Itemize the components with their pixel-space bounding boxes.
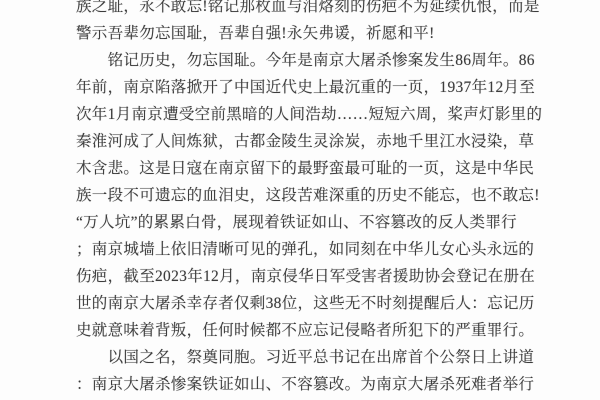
text-line: 次年1月南京遭受空前黑暗的人间浩劫……短短六周，桨声灯影里的	[76, 101, 546, 128]
text-line: 世的南京大屠杀幸存者仅剩38位，这些无不时刻提醒后人：忘记历	[76, 290, 546, 317]
text-line: 史就意味着背叛，任何时候都不应忘记侵略者所犯下的严重罪行。	[76, 317, 546, 344]
text-line: 秦淮河成了人间炼狱，古都金陵生灵涂炭，赤地千里江水浸染，草	[76, 128, 546, 155]
text-line: 警示吾辈勿忘国耻，吾辈自强!永矢弗谖，祈愿和平!	[76, 20, 546, 47]
text-line: ：南京大屠杀惨案铁证如山、不容篡改。为南京大屠杀死难者举行	[76, 371, 546, 398]
text-line: 木含悲。这是日寇在南京留下的最野蛮最可耻的一页，这是中华民	[76, 155, 546, 182]
text-line: 以国之名，祭奠同胞。习近平总书记在出席首个公祭日上讲道	[76, 344, 546, 371]
text-line: ；南京城墙上依旧清晰可见的弹孔，如同刻在中华儿女心头永远的	[76, 236, 546, 263]
text-line: 年前，南京陷落掀开了中国近代史上最沉重的一页，1937年12月至	[76, 74, 546, 101]
text-line: 族一段不可遗忘的血泪史，这段苦难深重的历史不能忘，也不敢忘!	[76, 182, 546, 209]
text-line: “万人坑”的累累白骨，展现着铁证如山、不容篡改的反人类罪行	[76, 209, 546, 236]
document-photo: { "document": { "language": "zh-CN", "te…	[0, 0, 600, 400]
text-line: 铭记历史，勿忘国耻。今年是南京大屠杀惨案发生86周年。86	[76, 47, 546, 74]
text-line: 伤疤，截至2023年12月，南京侵华日军受害者援助协会登记在册在	[76, 263, 546, 290]
document-page: 族之耻，永不敢忘!铭记那枚血与泪烙刻的伤疤不为延续仇恨，而是 警示吾辈勿忘国耻，…	[76, 0, 546, 398]
text-line: 族之耻，永不敢忘!铭记那枚血与泪烙刻的伤疤不为延续仇恨，而是	[76, 0, 546, 20]
